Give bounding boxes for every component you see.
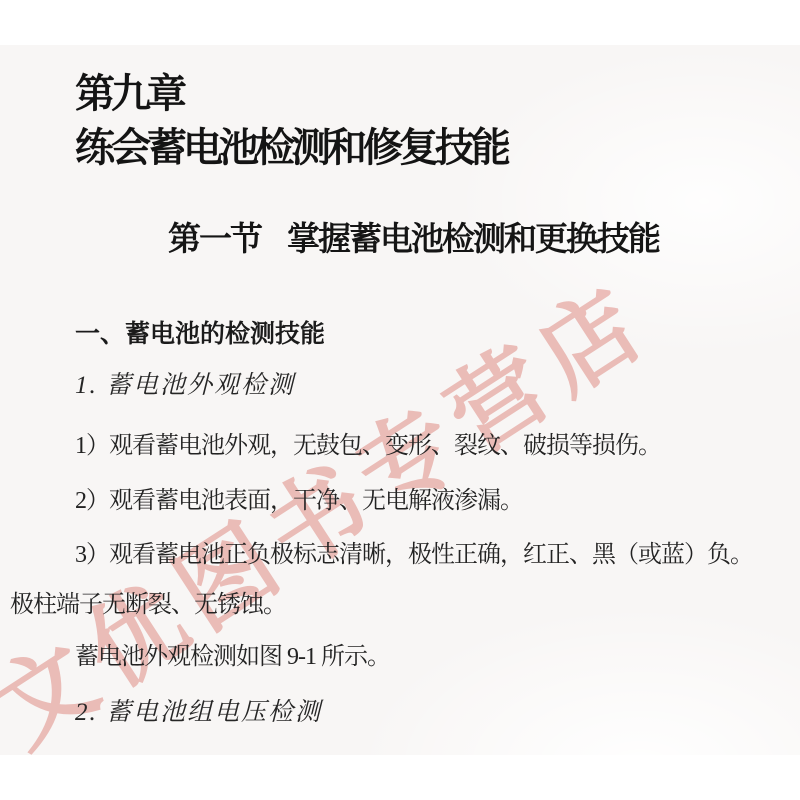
paragraph-3-first-line: 3）观看蓄电池正负极标志清晰，极性正确，红正、黑（或蓝）负。	[75, 543, 753, 567]
book-page-photo: 文优图书专营店 第九章 练会蓄电池检测和修复技能 第一节 掌握蓄电池检测和更换技…	[0, 0, 800, 800]
chapter-number: 第九章	[75, 74, 183, 114]
numbered-item-2: 2. 蓄电池组电压检测	[75, 700, 322, 725]
paragraph-3-wrap-line: 极柱端子无断裂、无锈蚀。	[10, 593, 286, 617]
paragraph-4-figure-reference: 蓄电池外观检测如图 9-1 所示。	[75, 645, 390, 669]
subsection-heading: 一、蓄电池的检测技能	[75, 322, 325, 347]
chapter-title: 练会蓄电池检测和修复技能	[75, 128, 507, 168]
numbered-item-1: 1. 蓄电池外观检测	[75, 373, 295, 398]
paragraph-2: 2）观看蓄电池表面，干净、无电解液渗漏。	[75, 489, 523, 513]
section-title: 掌握蓄电池检测和更换技能	[287, 224, 659, 257]
section-heading: 第一节 掌握蓄电池检测和更换技能	[168, 224, 659, 257]
paragraph-1: 1）观看蓄电池外观，无鼓包、变形、裂纹、破损等损伤。	[75, 434, 661, 458]
section-label: 第一节	[168, 224, 261, 257]
